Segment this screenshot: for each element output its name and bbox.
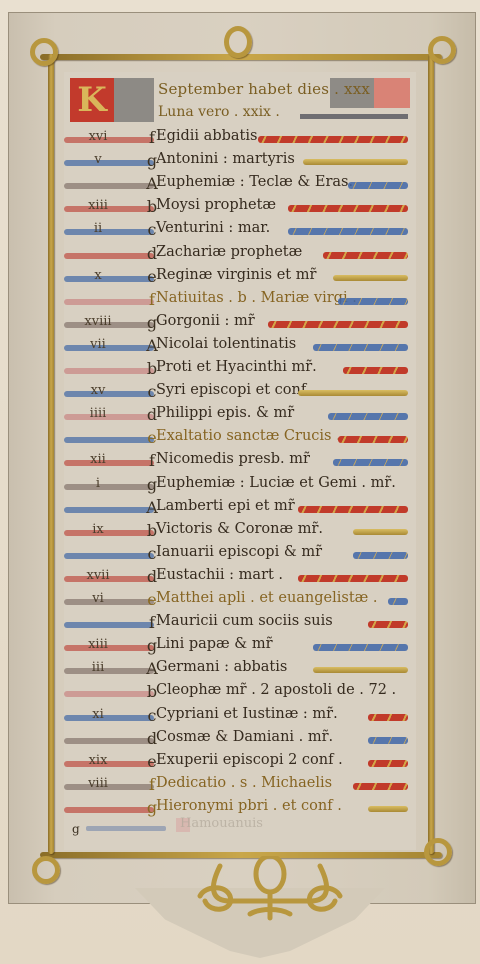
line-filler-right [298,506,408,513]
line-filler-right [323,252,408,259]
line-filler-right [353,529,408,535]
calendar-row: dZachariæ prophetæ [64,244,416,267]
frame-loop-top-right-icon [428,36,456,64]
saint-name: Victoris & Coronæ mr̃. [156,521,323,537]
line-filler-right [338,298,408,305]
golden-number: xvi [78,129,118,144]
line-filler-right [368,714,408,721]
golden-number: i [78,476,118,491]
line-filler-right [368,621,408,628]
golden-number: iiii [78,406,118,421]
saint-name: Gorgonii : mr̃ [156,313,255,329]
line-filler-right [368,806,408,812]
line-filler-right [368,737,408,744]
line-filler-left [64,437,154,443]
saint-name: Germani : abbatis [156,659,287,675]
calendar-row: ixbVictoris & Coronæ mr̃. [64,521,416,544]
calendar-row: fMauricii cum sociis suis [64,613,416,636]
golden-number: xiii [78,637,118,652]
line-filler-left [64,622,154,628]
line-filler-right [343,367,408,374]
line-filler-right [313,644,408,651]
saint-name: Exuperii episcopi 2 conf . [156,752,343,768]
golden-number: xi [78,707,118,722]
frame-loop-top-center-icon [224,26,252,58]
saint-name: Nicolai tolentinatis [156,336,296,352]
initial-letter: K [77,80,107,120]
saint-name: Matthei apli . et euangelistæ . [156,590,378,606]
golden-number: vii [78,337,118,352]
calendar-row: viiifDedicatio . s . Michaelis [64,775,416,798]
calendar-row: vgAntonini : martyris [64,151,416,174]
line-filler-left [64,807,154,813]
line-filler-left [64,691,154,697]
footer-line-filler [86,826,166,831]
saint-name: Reginæ virginis et mr̃ [156,267,316,283]
month-heading: September habet dies . xxx [158,80,370,98]
line-filler-right [288,228,408,235]
line-filler-right [333,275,408,281]
saint-name: Euphemiæ : Teclæ & Eras. [156,174,353,190]
saint-name: Moysi prophetæ [156,197,276,213]
line-filler-right [258,136,408,143]
line-filler-right [353,783,408,790]
calendar-row: iicVenturini : mar. [64,220,416,243]
calendar-row: xvifEgidii abbatis [64,128,416,151]
line-filler-right [353,552,408,559]
line-filler-right [288,205,408,212]
frame-right-border [428,54,434,854]
calendar-row: iiiidPhilippi epis. & mr̃ [64,405,416,428]
golden-number: ix [78,522,118,537]
line-filler-right [388,598,408,605]
line-filler-right [313,667,408,673]
frame-loop-top-left-icon [30,38,58,66]
calendar-row: xiiibMoysi prophetæ [64,197,416,220]
knot-ornament-icon [180,856,360,926]
saint-name: Eustachii : mart . [156,567,283,583]
saint-name: Exaltatio sanctæ Crucis . [156,428,341,444]
golden-number: xv [78,383,118,398]
calendar-row: xicCypriani et Iustinæ : mr̃. [64,706,416,729]
line-filler-right [268,321,408,328]
golden-number: v [78,152,118,167]
calendar-row: iiiAGermani : abbatis [64,659,416,682]
saint-name: Cypriani et Iustinæ : mr̃. [156,706,338,722]
saint-name: Euphemiæ : Luciæ et Gemi . mr̃. [156,475,396,491]
saint-name: Cosmæ & Damiani . mr̃. [156,729,333,745]
calendar-row: bProti et Hyacinthi mr̃. [64,359,416,382]
saint-name: Venturini : mar. [156,220,270,236]
golden-number: ii [78,221,118,236]
golden-number: x [78,268,118,283]
frame-left-border [48,54,54,854]
calendar-row: igEuphemiæ : Luciæ et Gemi . mr̃. [64,475,416,498]
calendar-row: fNatiuitas . b . Mariæ virgi . [64,290,416,313]
saint-name: Nicomedis presb. mr̃ [156,451,310,467]
calendar-row: ALamberti epi et mr̃ [64,498,416,521]
golden-number: xix [78,753,118,768]
initial-grey-panel [114,78,154,122]
golden-number: xiii [78,198,118,213]
saint-name: Proti et Hyacinthi mr̃. [156,359,317,375]
calendar-row: eExaltatio sanctæ Crucis . [64,428,416,451]
calendar-row: xiiigLini papæ & mr̃ [64,636,416,659]
saint-name: Zachariæ prophetæ [156,244,302,260]
saint-name: Antonini : martyris [156,151,295,167]
calendar-row: dCosmæ & Damiani . mr̃. [64,729,416,752]
illuminated-initial: K [70,78,114,122]
moon-heading: Luna vero . xxix . [158,104,280,120]
line-filler-left [64,738,154,744]
header-red-panel [374,78,410,108]
frame-loop-bottom-right-icon [424,838,452,866]
line-filler-right [338,436,408,443]
calendar-row: xviidEustachii : mart . [64,567,416,590]
calendar-row: bCleophæ mr̃ . 2 apostoli de . 72 . [64,682,416,705]
frame-loop-bottom-left-icon [32,856,60,884]
calendar-row: AEuphemiæ : Teclæ & Eras. [64,174,416,197]
golden-number: xvii [78,568,118,583]
line-filler-right [298,575,408,582]
line-filler-left [64,553,154,559]
golden-number: iii [78,660,118,675]
golden-number: xviii [78,314,118,329]
saint-name: Lini papæ & mr̃ [156,636,273,652]
calendar-row: viiANicolai tolentinatis [64,336,416,359]
calendar-row: xviiigGorgonii : mr̃ [64,313,416,336]
line-filler-right [348,182,408,189]
saint-name: Cleophæ mr̃ . 2 apostoli de . 72 . [156,682,396,698]
calendar-row: xiifNicomedis presb. mr̃ [64,451,416,474]
line-filler-left [64,299,154,305]
line-filler-left [64,507,154,513]
calendar-row: xixeExuperii episcopi 2 conf . [64,752,416,775]
line-filler-right [298,390,408,396]
calendar-row: xvcSyri episcopi et conf. [64,382,416,405]
line-filler-left [64,253,154,259]
saint-name: Dedicatio . s . Michaelis [156,775,332,791]
catchword-mark: g [72,822,80,836]
saint-name: Hieronymi pbri . et conf . [156,798,342,814]
saint-name: Egidii abbatis [156,128,257,144]
saint-name: Mauricii cum sociis suis [156,613,333,629]
line-filler-right [328,413,408,420]
saint-name: Philippi epis. & mr̃ [156,405,294,421]
line-filler-left [64,368,154,374]
calendar-row: xeReginæ virginis et mr̃ [64,267,416,290]
saint-name: Syri episcopi et conf. [156,382,310,398]
golden-number: vi [78,591,118,606]
saint-name: Natiuitas . b . Mariæ virgi . [156,290,357,306]
calendar-row: cIanuarii episcopi & mr̃ [64,544,416,567]
line-filler-right [313,344,408,351]
line-filler-right [368,760,408,767]
golden-number: viii [78,776,118,791]
show-through-text: Hamouanuis [180,816,263,831]
moon-heading-line-filler [300,114,408,119]
golden-number: xii [78,452,118,467]
line-filler-right [303,159,408,165]
calendar-row: vieMatthei apli . et euangelistæ . [64,590,416,613]
saint-name: Lamberti epi et mr̃ [156,498,295,514]
saint-name: Ianuarii episcopi & mr̃ [156,544,322,560]
line-filler-left [64,183,154,189]
line-filler-right [333,459,408,466]
